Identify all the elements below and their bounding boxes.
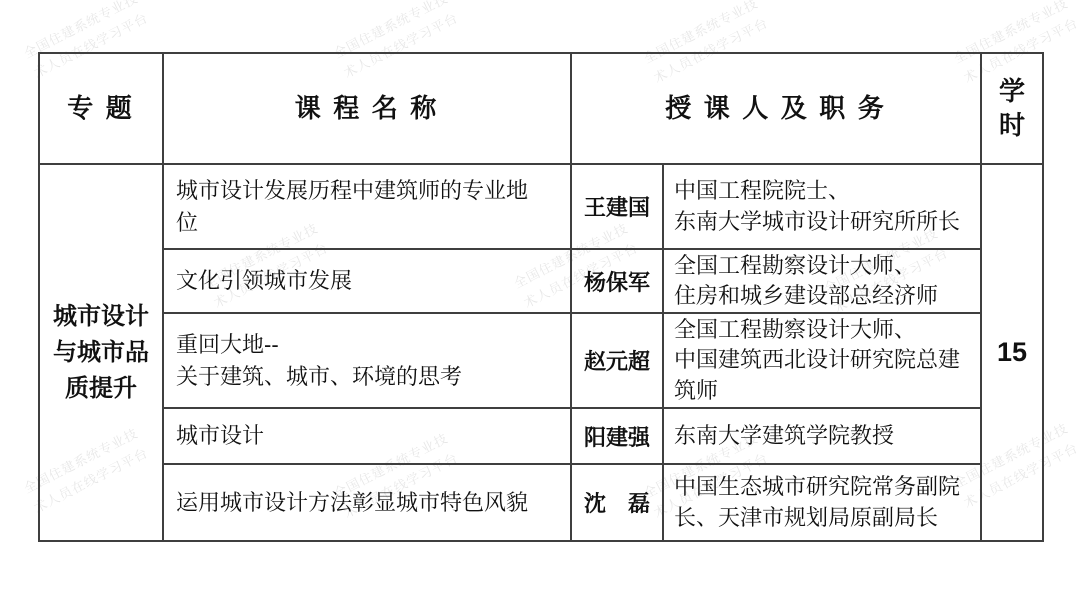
header-topic: 专 题 [39,53,163,164]
course-name-cell: 文化引领城市发展 [163,249,571,313]
lecturer-name-cell: 赵元超 [571,313,663,408]
lecturer-position-cell: 中国工程院院士、 东南大学城市设计研究所所长 [663,164,981,249]
lecturer-name-cell: 王建国 [571,164,663,249]
table-row: 重回大地-- 关于建筑、城市、环境的思考赵元超全国工程勘察设计大师、 中国建筑西… [39,313,1043,408]
table-row: 运用城市设计方法彰显城市特色风貌沈 磊中国生态城市研究院常务副院长、天津市规划局… [39,464,1043,541]
course-name-cell: 重回大地-- 关于建筑、城市、环境的思考 [163,313,571,408]
class-hours-cell: 15 [981,164,1043,541]
header-lecturer-title: 授 课 人 及 职 务 [571,53,981,164]
lecturer-position-cell: 全国工程勘察设计大师、 中国建筑西北设计研究院总建筑师 [663,313,981,408]
lecturer-name-cell: 沈 磊 [571,464,663,541]
lecturer-name-cell: 阳建强 [571,408,663,464]
course-schedule-table: 专 题 课 程 名 称 授 课 人 及 职 务 学时 城市设计与城市品质提升城市… [38,52,1044,542]
lecturer-position-cell: 东南大学建筑学院教授 [663,408,981,464]
table-row: 文化引领城市发展杨保军全国工程勘察设计大师、 住房和城乡建设部总经济师 [39,249,1043,313]
page: 全国住建系统专业技 术人员在线学习平台全国住建系统专业技 术人员在线学习平台全国… [0,0,1080,608]
header-class-hours: 学时 [981,53,1043,164]
course-name-cell: 城市设计 [163,408,571,464]
course-name-cell: 运用城市设计方法彰显城市特色风貌 [163,464,571,541]
header-course-name: 课 程 名 称 [163,53,571,164]
topic-cell: 城市设计与城市品质提升 [39,164,163,541]
lecturer-position-cell: 全国工程勘察设计大师、 住房和城乡建设部总经济师 [663,249,981,313]
lecturer-name-cell: 杨保军 [571,249,663,313]
course-name-cell: 城市设计发展历程中建筑师的专业地位 [163,164,571,249]
table-row: 城市设计与城市品质提升城市设计发展历程中建筑师的专业地位王建国中国工程院院士、 … [39,164,1043,249]
header-row: 专 题 课 程 名 称 授 课 人 及 职 务 学时 [39,53,1043,164]
lecturer-position-cell: 中国生态城市研究院常务副院长、天津市规划局原副局长 [663,464,981,541]
table-row: 城市设计阳建强东南大学建筑学院教授 [39,408,1043,464]
